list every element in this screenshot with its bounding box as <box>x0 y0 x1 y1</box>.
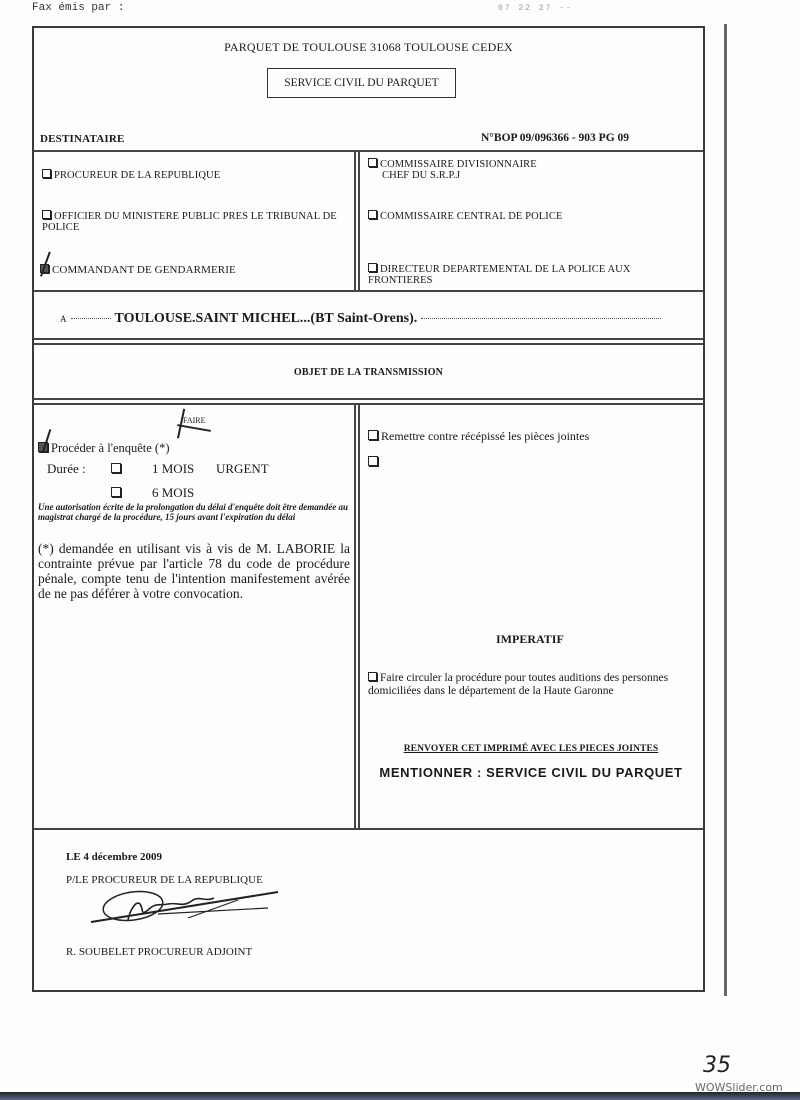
option-blank[interactable] <box>368 455 381 469</box>
handwritten-faire: FAIRE <box>183 416 206 425</box>
option-label: Remettre contre récépissé les pièces joi… <box>381 429 589 443</box>
address-prefix: A <box>60 314 67 324</box>
objet-title: OBJET DE LA TRANSMISSION <box>34 367 703 378</box>
procedure-label: Procéder à l'enquête (*) <box>51 441 170 455</box>
signer-name: R. SOUBELET PROCUREUR ADJOINT <box>66 946 252 958</box>
checkbox-icon[interactable] <box>42 169 51 178</box>
dot-leader <box>421 318 661 319</box>
checkbox-icon[interactable] <box>111 463 121 473</box>
divider <box>354 404 356 828</box>
option-commandant[interactable]: COMMANDANT DE GENDARMERIE <box>40 264 236 276</box>
option-label: Faire circuler la procédure pour toutes … <box>368 672 668 697</box>
option-label: DIRECTEUR DEPARTEMENTAL DE LA POLICE AUX… <box>368 264 631 286</box>
contrainte-paragraph: (*) demandée en utilisant vis à vis de M… <box>38 541 350 601</box>
procedure-option[interactable]: Procéder à l'enquête (*) <box>38 441 170 455</box>
checkbox-icon[interactable] <box>368 263 377 272</box>
checkbox-icon[interactable] <box>368 456 378 466</box>
duration-label: 1 MOIS <box>124 461 194 476</box>
divider <box>34 150 703 152</box>
divider <box>34 338 703 340</box>
option-label: COMMISSAIRE DIVISIONNAIRE <box>380 159 537 170</box>
header-title: PARQUET DE TOULOUSE 31068 TOULOUSE CEDEX <box>32 40 705 55</box>
checkbox-icon[interactable] <box>368 672 377 681</box>
option-directeur-frontieres[interactable]: DIRECTEUR DEPARTEMENTAL DE LA POLICE AUX… <box>368 263 668 286</box>
fax-stamp: 07 22 27 -- <box>498 4 573 13</box>
option-commissaire-divisionnaire[interactable]: COMMISSAIRE DIVISIONNAIRE CHEF DU S.R.P.… <box>368 158 537 181</box>
option-label: PROCUREUR DE LA REPUBLIQUE <box>54 170 220 181</box>
fax-sender-label: Fax émis par : <box>32 2 124 14</box>
urgent-label: URGENT <box>216 462 269 476</box>
duration-label: 6 MOIS <box>124 485 194 500</box>
renvoyer-instruction: RENVOYER CET IMPRIMÉ AVEC LES PIECES JOI… <box>359 744 703 754</box>
option-label: OFFICIER DU MINISTERE PUBLIC PRES LE TRI… <box>42 211 337 233</box>
duree-label: Durée : <box>47 462 86 476</box>
checkbox-icon[interactable] <box>368 430 378 440</box>
destinataire-label: DESTINATAIRE <box>40 133 125 145</box>
option-commissaire-central[interactable]: COMMISSAIRE CENTRAL DE POLICE <box>368 210 562 222</box>
checkbox-icon[interactable] <box>368 158 377 167</box>
option-sublabel: CHEF DU S.R.P.J <box>368 170 460 181</box>
prolongation-note: Une autorisation écrite de la prolongati… <box>38 502 354 522</box>
signature-date: LE 4 décembre 2009 <box>66 851 162 863</box>
duration-6-mois[interactable]: 6 MOIS <box>111 486 194 500</box>
option-remettre[interactable]: Remettre contre récépissé les pièces joi… <box>368 429 589 443</box>
page-number: 35 <box>703 1053 731 1078</box>
divider <box>34 343 703 345</box>
duration-1-mois[interactable]: 1 MOIS <box>111 462 194 476</box>
service-label: SERVICE CIVIL DU PARQUET <box>267 68 456 98</box>
divider <box>354 151 356 291</box>
address-value: TOULOUSE.SAINT MICHEL...(BT Saint-Orens)… <box>115 311 418 326</box>
divider <box>34 290 703 292</box>
option-label: COMMANDANT DE GENDARMERIE <box>52 264 236 276</box>
imperatif-title: IMPERATIF <box>496 632 564 647</box>
option-faire-circuler[interactable]: Faire circuler la procédure pour toutes … <box>368 672 702 698</box>
checkbox-icon[interactable] <box>42 210 51 219</box>
divider <box>34 403 703 405</box>
checkbox-icon[interactable] <box>111 487 121 497</box>
mentionner-instruction: MENTIONNER : SERVICE CIVIL DU PARQUET <box>359 765 703 780</box>
divider <box>358 151 360 291</box>
checkbox-icon[interactable] <box>368 210 377 219</box>
bottom-bar <box>0 1092 800 1100</box>
handwritten-signature-icon <box>88 880 288 930</box>
option-label: COMMISSAIRE CENTRAL DE POLICE <box>380 211 562 222</box>
divider <box>34 398 703 400</box>
divider <box>34 828 703 830</box>
reference-number: N°BOP 09/096366 - 903 PG 09 <box>481 132 629 144</box>
fax-edge-rule <box>724 24 727 996</box>
dot-leader <box>71 318 111 319</box>
option-procureur[interactable]: PROCUREUR DE LA REPUBLIQUE <box>42 169 220 181</box>
option-officier[interactable]: OFFICIER DU MINISTERE PUBLIC PRES LE TRI… <box>42 210 342 233</box>
address-line: A TOULOUSE.SAINT MICHEL...(BT Saint-Oren… <box>60 309 680 327</box>
